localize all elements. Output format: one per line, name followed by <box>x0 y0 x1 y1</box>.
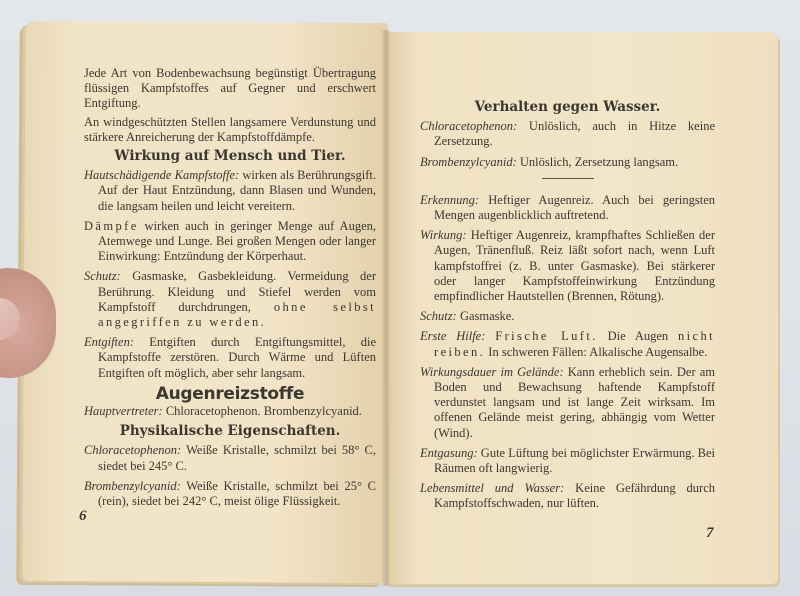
entry-text: Die Augen <box>598 329 678 343</box>
entry-lead: Wirkungsdauer im Gelände: <box>420 365 564 379</box>
entry-lead: Schutz: <box>420 309 457 323</box>
entry-entgiften: Entgiften: Entgiften durch Entgiftungsmi… <box>84 335 376 381</box>
entry-lead: Chloracetophenon: <box>420 119 517 133</box>
entry-text: Chloracetophenon. Brombenzylcyanid. <box>163 404 362 418</box>
entry-text: Entgiften durch Entgiftungsmittel, die K… <box>98 335 376 379</box>
entry-lead: Hauptvertreter: <box>84 404 163 418</box>
entry-chloracetophenon-wasser: Chloracetophenon: Unlöslich, auch in Hit… <box>420 119 715 149</box>
entry-end: . <box>261 315 264 329</box>
right-page-text: Verhalten gegen Wasser. Chloracetophenon… <box>420 96 715 517</box>
entry-erkennung: Erkennung: Heftiger Augenreiz. Auch bei … <box>420 193 715 223</box>
left-page-text: Jede Art von Bodenbewachsung begünstigt … <box>84 66 376 514</box>
entry-text: Heftiger Augenreiz, krampfhaftes Schließ… <box>434 228 715 303</box>
section-title-physikalische: Physikalische Eigenschaften. <box>84 424 376 439</box>
entry-brombenzylcyanid: Brombenzylcyanid: Weiße Kristalle, schmi… <box>84 479 376 509</box>
entry-lead: Entgasung: <box>420 446 478 460</box>
page-number-right: 7 <box>706 525 714 542</box>
entry-lead: Chloracetophenon: <box>84 443 181 457</box>
entry-lead: Hautschädigende Kampfstoffe: <box>84 168 239 182</box>
entry-daempfe: Dämpfe wirken auch in geringer Menge auf… <box>84 219 376 265</box>
entry-wirkungsdauer: Wirkungsdauer im Gelände: Kann erheblich… <box>420 365 715 441</box>
section-divider <box>542 178 594 179</box>
open-book: Jede Art von Bodenbewachsung begünstigt … <box>0 0 800 596</box>
entry-lebensmittel: Lebensmittel und Wasser: Keine Gefährdun… <box>420 481 715 511</box>
thumbnail <box>0 298 20 340</box>
section-title-verhalten-wasser: Verhalten gegen Wasser. <box>420 100 715 115</box>
section-title-augenreizstoffe: Augenreizstoffe <box>84 387 376 402</box>
entry-lead: Brombenzylcyanid: <box>420 155 517 169</box>
entry-lead: Brombenzylcyanid: <box>84 479 181 493</box>
entry-hauptvertreter: Hauptvertreter: Chloracetophenon. Brombe… <box>84 404 376 419</box>
entry-entgasung: Entgasung: Gute Lüftung bei möglichster … <box>420 446 715 476</box>
entry-text: wirken auch in geringer Menge auf Augen,… <box>98 219 376 263</box>
entry-chloracetophenon: Chloracetophenon: Weiße Kristalle, schmi… <box>84 443 376 473</box>
section-title-wirkung: Wirkung auf Mensch und Tier. <box>84 149 376 164</box>
entry-text: Gasmaske. <box>457 309 515 323</box>
entry-hautschaedigende: Hautschädigende Kampfstoffe: wirken als … <box>84 168 376 214</box>
entry-spaced-text: Frische Luft. <box>495 329 598 343</box>
intro-paragraph-2: An windgeschützten Stellen langsamere Ve… <box>84 115 376 145</box>
entry-wirkung: Wirkung: Heftiger Augenreiz, krampfhafte… <box>420 228 715 304</box>
entry-schutz-augen: Schutz: Gasmaske. <box>420 309 715 324</box>
entry-brombenzylcyanid-wasser: Brombenzylcyanid: Unlöslich, Zersetzung … <box>420 155 715 170</box>
entry-spaced-lead: Dämpfe <box>84 219 139 233</box>
entry-lead: Erste Hilfe: <box>420 329 485 343</box>
entry-lead: Schutz: <box>84 269 121 283</box>
entry-erste-hilfe: Erste Hilfe: Frische Luft. Die Augen nic… <box>420 329 715 359</box>
entry-text: Unlöslich, Zersetzung langsam. <box>517 155 678 169</box>
book-gutter <box>381 30 391 586</box>
entry-text: In schweren Fällen: Alkalische Augensalb… <box>485 345 707 359</box>
entry-lead: Entgiften: <box>84 335 134 349</box>
entry-lead: Erkennung: <box>420 193 479 207</box>
entry-schutz: Schutz: Gasmaske, Gasbekleidung. Vermeid… <box>84 269 376 330</box>
entry-lead: Wirkung: <box>420 228 467 242</box>
page-number-left: 6 <box>79 508 87 525</box>
entry-lead: Lebensmittel und Wasser: <box>420 481 564 495</box>
intro-paragraph-1: Jede Art von Bodenbewachsung begünstigt … <box>84 66 376 112</box>
